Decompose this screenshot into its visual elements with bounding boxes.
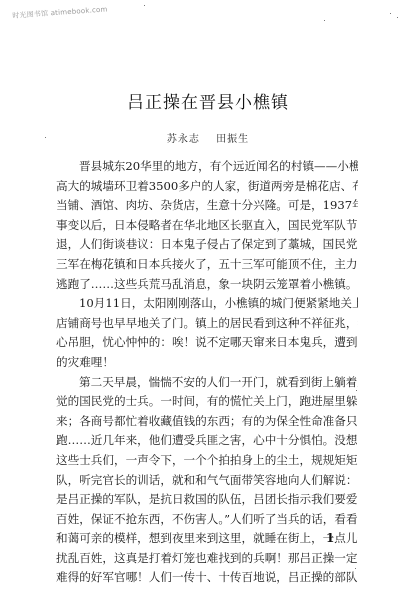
article-body: 晋县城东20华里的地方，有个远近闻名的村镇——小樵镇。高大的城墙环卫着3500多… xyxy=(56,157,358,588)
author-name: 田振生 xyxy=(216,134,249,145)
text-line: 来；各商号都忙着收藏值钱的东西；有的为保全性命准备只身逃 xyxy=(56,412,358,432)
scan-speck xyxy=(397,17,398,18)
page-number: 1 xyxy=(326,531,334,545)
scan-speck xyxy=(390,13,391,14)
text-line: 百姓，保证不抢东西，不伤害人。”人们听了当兵的话，看看他们 xyxy=(56,510,358,530)
watermark: 时光图书馆 atimebook.com xyxy=(12,4,108,21)
text-line: 第二天早晨，惴惴不安的人们一开门，就看到街上躺着正睡 xyxy=(56,373,358,393)
scan-speck xyxy=(144,5,145,6)
text-line: 心吊胆，忧心忡忡的：唉！说不定哪天窜来日本鬼兵，遭到怎样 xyxy=(56,333,358,353)
text-line: 10月11日，太阳刚刚落山，小樵镇的城门便紧紧地关上了， xyxy=(56,294,358,314)
text-line: 高大的城墙环卫着3500多户的人家，街道两旁是棉花店、布店、 xyxy=(56,177,358,197)
text-line: 和蔼可亲的模样，想到夜里来到这里，就睡在街上，一点儿也不 xyxy=(56,529,358,549)
text-line: 三军在梅花镇和日本兵接火了，五十三军可能顶不住，主力向南 xyxy=(56,255,358,275)
text-line: 事变以后，日本侵略者在华北地区长驱直入，国民党军队节节败 xyxy=(56,216,358,236)
text-line: 难得的好军官哪！人们一传十、十传百地说，吕正操的部队是天 xyxy=(56,568,358,588)
text-line: 这些士兵们，一声令下，一个个拍拍身上的尘土，规规矩矩站好 xyxy=(56,451,358,471)
article-authors: 苏永志 田振生 xyxy=(0,130,416,145)
article-title: 吕正操在晋县小樵镇 xyxy=(0,88,416,113)
text-line: 退，人们街谈巷议：日本鬼子侵占了保定到了藁城，国民党五十 xyxy=(56,235,358,255)
text-line: 的灾难哩！ xyxy=(56,353,358,373)
text-line: 觉的国民党的士兵。一时间，有的慌忙关上门，跑进屋里躲藏起 xyxy=(56,392,358,412)
text-line: 当铺、酒馆、肉坊、杂货店，生意十分兴隆。可是，1937年七七 xyxy=(56,196,358,216)
author-name: 苏永志 xyxy=(167,134,200,145)
text-line: 队，听完官长的训话，就和和气气面带笑容地向人们解说：“我们 xyxy=(56,471,358,491)
text-line: 跑……近几年来，他们遭受兵匪之害，心中十分惧怕。没想到 xyxy=(56,431,358,451)
text-line: 晋县城东20华里的地方，有个远近闻名的村镇——小樵镇。 xyxy=(56,157,358,177)
scan-speck xyxy=(324,20,325,21)
text-line: 店铺商号也早早地关了门。镇上的居民看到这种不祥征兆，都提 xyxy=(56,314,358,334)
text-line: 逃跑了……这些兵荒马乱消息，象一块阴云笼罩着小樵镇。 xyxy=(56,275,358,295)
text-line: 是吕正操的军队，是抗日救国的队伍，吕团长指示我们要爱护老 xyxy=(56,490,358,510)
text-line: 扰乱百姓，这真是打着灯笼也难找到的兵啊！那吕正操一定是个 xyxy=(56,549,358,569)
